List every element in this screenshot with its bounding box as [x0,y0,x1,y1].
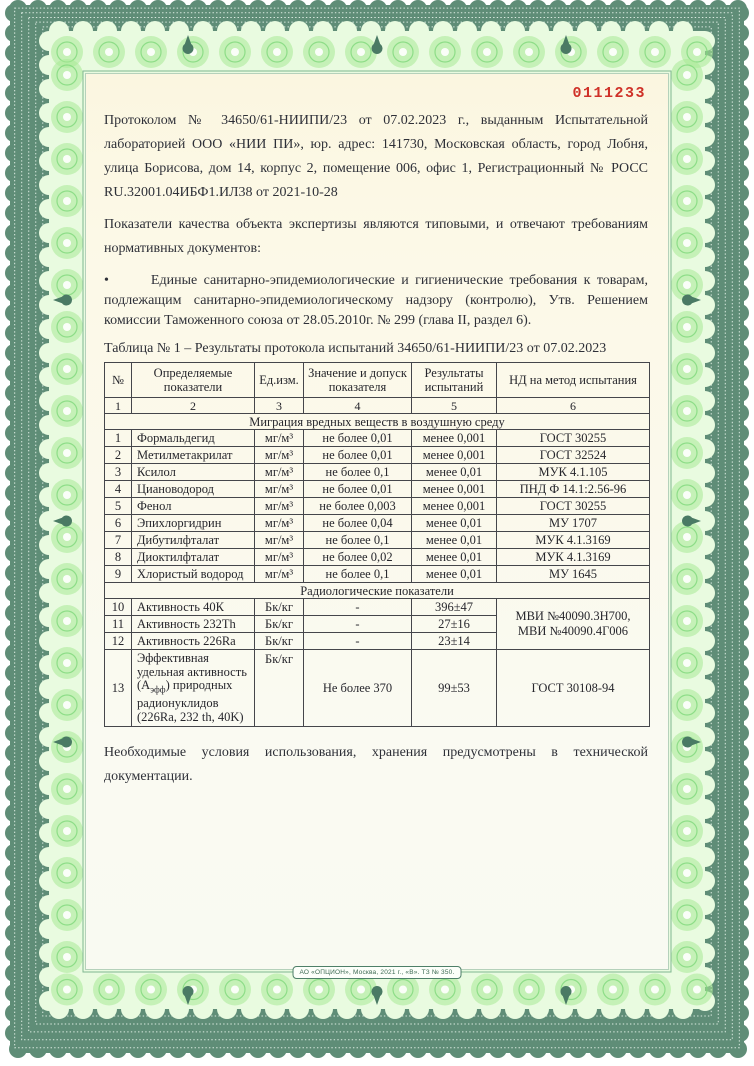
colnum: 4 [304,398,412,414]
cell-n: 8 [105,549,132,566]
cell-unit: Бк/кг [255,616,304,633]
cell-n: 3 [105,464,132,481]
cell-unit: мг/м³ [255,532,304,549]
cell-nd: МУК 4.1.3169 [497,532,650,549]
cell-indicator: Хлористый водород [132,566,255,583]
cell-unit: мг/м³ [255,566,304,583]
cell-limit: - [304,633,412,650]
table-header-row: № Определяемые показатели Ед.изм. Значен… [105,363,650,398]
cell-unit: мг/м³ [255,447,304,464]
cell-n: 12 [105,633,132,650]
colnum: 3 [255,398,304,414]
section-title: Радиологические показатели [105,583,650,599]
cell-n: 9 [105,566,132,583]
table-row: 6 Эпихлоргидрин мг/м³ не более 0,04 мене… [105,515,650,532]
header-result: Результаты испытаний [412,363,497,398]
cell-nd: ГОСТ 30255 [497,430,650,447]
cell-limit: Не более 370 [304,650,412,727]
table-row-effective-activity: 13 Эффективная удельная активность (Аэфф… [105,650,650,727]
table-row: 7 Дибутилфталат мг/м³ не более 0,1 менее… [105,532,650,549]
cell-limit: не более 0,003 [304,498,412,515]
cell-limit: - [304,616,412,633]
section-title: Миграция вредных веществ в воздушную сре… [105,414,650,430]
cell-indicator: Метилметакрилат [132,447,255,464]
serial-number: 0111233 [104,86,648,102]
cell-indicator: Фенол [132,498,255,515]
printer-imprint: АО «ОПЦИОН», Москва, 2021 г., «В». ТЗ № … [293,966,462,979]
cell-indicator: Активность 232Th [132,616,255,633]
cell-unit: мг/м³ [255,464,304,481]
cell-n: 10 [105,599,132,616]
paragraph-bullet: •Единые санитарно-эпидемиологические и г… [104,271,648,331]
table-row: 5 Фенол мг/м³ не более 0,003 менее 0,001… [105,498,650,515]
table-row: 2 Метилметакрилат мг/м³ не более 0,01 ме… [105,447,650,464]
cell-limit: не более 0,1 [304,464,412,481]
cell-result: менее 0,01 [412,464,497,481]
colnum: 1 [105,398,132,414]
cell-unit: мг/м³ [255,430,304,447]
cell-result: менее 0,001 [412,481,497,498]
paragraph-closing: Необходимые условия использования, хране… [104,741,648,789]
bullet-text: Единые санитарно-эпидемиологические и ги… [104,273,648,328]
cell-result: 27±16 [412,616,497,633]
cell-limit: не более 0,01 [304,447,412,464]
table-row: 8 Диоктилфталат мг/м³ не более 0,02 мене… [105,549,650,566]
cell-result: 99±53 [412,650,497,727]
cell-unit: мг/м³ [255,481,304,498]
cell-nd: МУК 4.1.3169 [497,549,650,566]
cell-result: менее 0,01 [412,566,497,583]
cell-indicator: Эпихлоргидрин [132,515,255,532]
table-row: 10 Активность 40К Бк/кг - 396±47 МВИ №40… [105,599,650,616]
cell-n: 13 [105,650,132,727]
table-row: 4 Циановодород мг/м³ не более 0,01 менее… [105,481,650,498]
colnum: 5 [412,398,497,414]
cell-n: 6 [105,515,132,532]
cell-unit: Бк/кг [255,650,304,727]
cell-result: менее 0,001 [412,430,497,447]
cell-indicator: Активность 226Ra [132,633,255,650]
cell-nd: МУ 1645 [497,566,650,583]
bullet-marker: • [104,273,109,288]
table-caption: Таблица № 1 – Результаты протокола испыт… [104,337,648,360]
cell-result: 396±47 [412,599,497,616]
table-row: 9 Хлористый водород мг/м³ не более 0,1 м… [105,566,650,583]
cell-unit: мг/м³ [255,515,304,532]
cell-nd-merged: МВИ №40090.3Н700, МВИ №40090.4Г006 [497,599,650,650]
certificate-page: 0111233 Протоколом № 34650/61-НИИПИ/23 о… [0,0,754,1066]
cell-indicator: Дибутилфталат [132,532,255,549]
table-row: 3 Ксилол мг/м³ не более 0,1 менее 0,01 М… [105,464,650,481]
cell-nd: МУ 1707 [497,515,650,532]
header-unit: Ед.изм. [255,363,304,398]
cell-n: 4 [105,481,132,498]
colnum: 6 [497,398,650,414]
cell-result: менее 0,001 [412,447,497,464]
document-content: 0111233 Протоколом № 34650/61-НИИПИ/23 о… [85,73,669,970]
cell-unit: мг/м³ [255,549,304,566]
paragraph-protocol: Протоколом № 34650/61-НИИПИ/23 от 07.02.… [104,109,648,205]
column-numbering-row: 1 2 3 4 5 6 [105,398,650,414]
cell-limit: - [304,599,412,616]
cell-indicator: Ксилол [132,464,255,481]
cell-unit: мг/м³ [255,498,304,515]
cell-indicator: Активность 40К [132,599,255,616]
cell-n: 7 [105,532,132,549]
cell-limit: не более 0,1 [304,532,412,549]
cell-result: менее 0,01 [412,532,497,549]
cell-nd: МУК 4.1.105 [497,464,650,481]
cell-n: 1 [105,430,132,447]
header-nd: НД на метод испытания [497,363,650,398]
cell-result: менее 0,01 [412,515,497,532]
section-row-migration: Миграция вредных веществ в воздушную сре… [105,414,650,430]
cell-n: 5 [105,498,132,515]
cell-limit: не более 0,01 [304,430,412,447]
cell-nd: ГОСТ 30255 [497,498,650,515]
section-row-radiology: Радиологические показатели [105,583,650,599]
cell-limit: не более 0,01 [304,481,412,498]
cell-nd: ГОСТ 32524 [497,447,650,464]
cell-limit: не более 0,1 [304,566,412,583]
header-indicator: Определяемые показатели [132,363,255,398]
paragraph-quality: Показатели качества объекта экспертизы я… [104,213,648,261]
header-n: № [105,363,132,398]
cell-indicator: Эффективная удельная активность (Аэфф) п… [132,650,255,727]
cell-result: 23±14 [412,633,497,650]
cell-limit: не более 0,04 [304,515,412,532]
cell-unit: Бк/кг [255,633,304,650]
table-row: 1 Формальдегид мг/м³ не более 0,01 менее… [105,430,650,447]
cell-indicator: Циановодород [132,481,255,498]
cell-unit: Бк/кг [255,599,304,616]
cell-nd: ПНД Ф 14.1:2.56-96 [497,481,650,498]
colnum: 2 [132,398,255,414]
cell-result: менее 0,001 [412,498,497,515]
cell-n: 11 [105,616,132,633]
cell-limit: не более 0,02 [304,549,412,566]
header-limit: Значение и допуск показателя [304,363,412,398]
cell-nd: ГОСТ 30108-94 [497,650,650,727]
cell-indicator: Формальдегид [132,430,255,447]
results-table: № Определяемые показатели Ед.изм. Значен… [104,362,650,727]
cell-n: 2 [105,447,132,464]
subscript-eff: эфф [150,685,165,695]
cell-result: менее 0,01 [412,549,497,566]
cell-indicator: Диоктилфталат [132,549,255,566]
